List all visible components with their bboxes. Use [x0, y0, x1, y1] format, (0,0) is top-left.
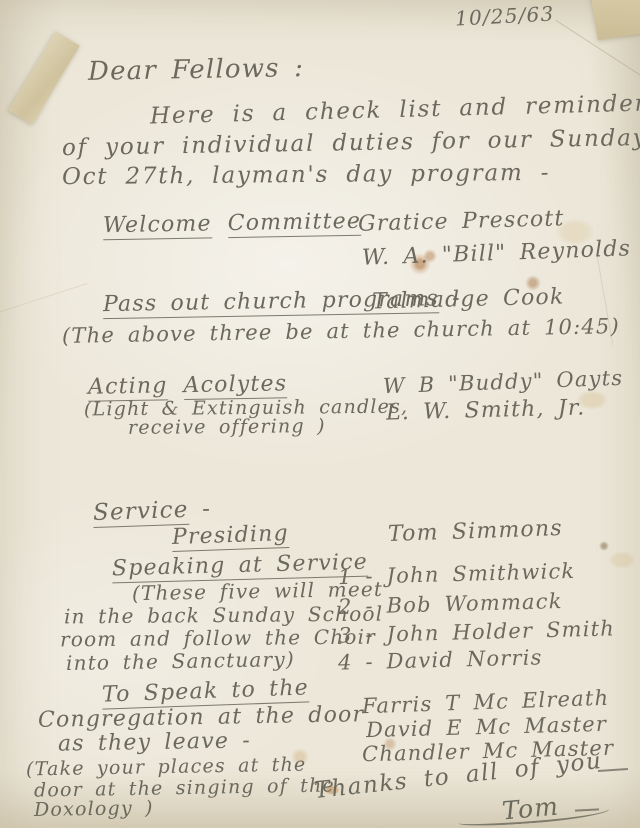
acolytes-word: Acolytes	[183, 371, 287, 400]
service-dash: -	[202, 496, 212, 522]
signature-dash-mark	[575, 808, 599, 811]
programs-name: Talmadge Cook	[372, 285, 565, 314]
door-note-3: Doxology )	[34, 798, 154, 821]
service-title: Service	[93, 497, 190, 528]
committee-word: Committee	[228, 209, 362, 238]
speaker-2: 2 - Bob Wommack	[338, 590, 563, 619]
door-line-3: as they leave -	[58, 729, 251, 757]
service-heading: Service -	[93, 497, 212, 526]
tape-top-right	[591, 0, 640, 40]
letter-page: 10/25/63 Dear Fellows : Here is a check …	[0, 0, 640, 828]
presiding-name: Tom Simmons	[388, 517, 564, 547]
salutation: Dear Fellows :	[88, 54, 305, 86]
welcome-name-1: Gratice Prescott	[358, 207, 565, 237]
paper-crease	[0, 283, 87, 318]
presiding-label: Presiding	[172, 522, 290, 552]
intro-line-1: Here is a check list and reminder	[150, 91, 640, 129]
welcome-committee-heading: WelcomeCommittee	[103, 210, 361, 239]
speaker-1: 1 - John Smithwick	[338, 560, 576, 589]
intro-line-2: of your individual duties for our Sunday…	[62, 126, 640, 162]
acolytes-name-2: L. W. Smith, Jr.	[386, 396, 586, 425]
signature: Tom	[501, 793, 560, 825]
speaker-4: 4 - David Norris	[338, 646, 543, 674]
welcome-word: Welcome	[103, 211, 212, 240]
welcome-name-2: W. A. "Bill" Reynolds	[362, 237, 632, 271]
programs-note: (The above three be at the church at 10:…	[62, 315, 620, 348]
tape-top-left	[8, 31, 79, 124]
speaking-note-2: in the back Sunday School	[64, 603, 383, 628]
acolytes-name-1: W B "Buddy" Oayts	[383, 367, 624, 398]
acolytes-note-2: receive offering )	[128, 416, 326, 439]
speaking-note-4: into the Sanctuary)	[66, 648, 295, 674]
speaking-note-3: room and follow the Choir	[60, 626, 376, 651]
acolytes-heading: ActingAcolytes	[88, 372, 288, 400]
speaker-3: 3 - John Holder Smith	[338, 617, 616, 647]
intro-line-3: Oct 27th, layman's day program -	[62, 161, 550, 191]
date: 10/25/63	[454, 2, 554, 29]
